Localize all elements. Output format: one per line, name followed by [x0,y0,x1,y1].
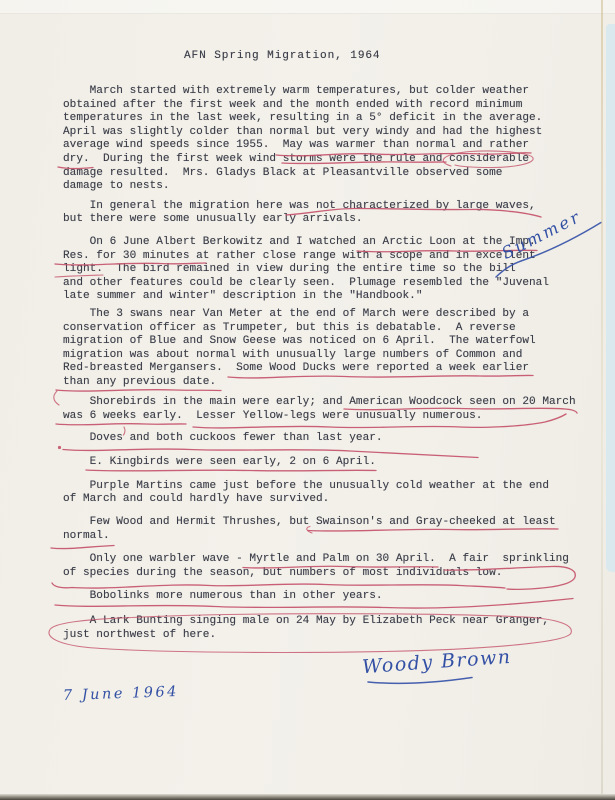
text-line: March started with extremely warm temper… [63,85,576,99]
text-line: Doves and both cuckoos fewer than last y… [63,432,576,446]
text-line: A Lark Bunting singing male on 24 May by… [63,615,576,629]
paragraph: E. Kingbirds were seen early, 2 on 6 Apr… [63,456,576,470]
paragraph: A Lark Bunting singing male on 24 May by… [63,615,576,642]
text-line: Few Wood and Hermit Thrushes, but Swains… [63,516,576,530]
red-dot-doves [58,446,61,449]
document-body: March started with extremely warm temper… [63,85,576,642]
text-line: migration of Blue and Snow Geese was not… [63,335,576,349]
text-line: damage resulted. Mrs. Gladys Black at Pl… [63,167,576,181]
text-line: April was slightly colder than normal bu… [63,126,576,140]
text-line: average wind speeds since 1955. May was … [63,139,576,153]
text-line: just northwest of here. [63,629,576,643]
text-line: Red-breasted Mergansers. Some Wood Ducks… [63,362,576,376]
handwritten-signature: Woody Brown [361,646,512,678]
paragraph: Few Wood and Hermit Thrushes, but Swains… [63,516,576,543]
text-line: normal. [63,530,576,544]
paragraph: Purple Martins came just before the unus… [63,480,576,507]
text-line: obtained after the first week and the mo… [63,99,576,113]
text-line: dry. During the first week wind storms w… [63,153,576,167]
text-line: temperatures in the last week, resulting… [63,112,576,126]
text-line: Res. for 30 minutes at rather close rang… [63,250,576,264]
text-line: Bobolinks more numerous than in other ye… [63,590,576,604]
text-line: and other features could be clearly seen… [63,277,576,291]
paragraph: Shorebirds in the main were early; and A… [63,396,576,423]
paragraph: Only one warbler wave - Myrtle and Palm … [63,553,576,580]
paper-right-edge-backing [606,24,615,572]
paragraph: March started with extremely warm temper… [63,85,576,194]
paper-right-edge [601,0,603,800]
scanned-letter-page: AFN Spring Migration, 1964 March started… [0,0,615,800]
paper-bottom-edge [0,794,615,800]
text-line: of March and could hardly have survived. [63,493,576,507]
text-line: of species during the season, but number… [63,567,576,581]
text-line: migration was about normal with unusuall… [63,349,576,363]
text-line: The 3 swans near Van Meter at the end of… [63,308,576,322]
text-line: E. Kingbirds were seen early, 2 on 6 Apr… [63,456,576,470]
red-hook-previous-date [54,391,59,405]
text-line: Only one warbler wave - Myrtle and Palm … [63,553,576,567]
text-line: than any previous date. [63,376,576,390]
text-line: Shorebirds in the main were early; and A… [63,396,576,410]
text-line: late summer and winter" description in t… [63,290,576,304]
text-line: was 6 weeks early. Lesser Yellow-legs we… [63,410,576,424]
paragraph: In general the migration here was not ch… [63,200,576,227]
paragraph: Bobolinks more numerous than in other ye… [63,590,576,604]
text-line: Purple Martins came just before the unus… [63,480,576,494]
paper-top-edge [0,0,615,14]
blue-signature-flourish [368,678,472,684]
text-line: conservation officer as Trumpeter, but t… [63,322,576,336]
text-line: but there were some unusually early arri… [63,213,576,227]
text-line: damage to nests. [63,180,576,194]
paragraph: The 3 swans near Van Meter at the end of… [63,308,576,390]
handwritten-date: 7 June 1964 [63,684,179,704]
text-line: In general the migration here was not ch… [63,200,576,214]
document-title: AFN Spring Migration, 1964 [184,50,381,62]
text-line: light. The bird remained in view during … [63,263,576,277]
paragraph: Doves and both cuckoos fewer than last y… [63,432,576,446]
